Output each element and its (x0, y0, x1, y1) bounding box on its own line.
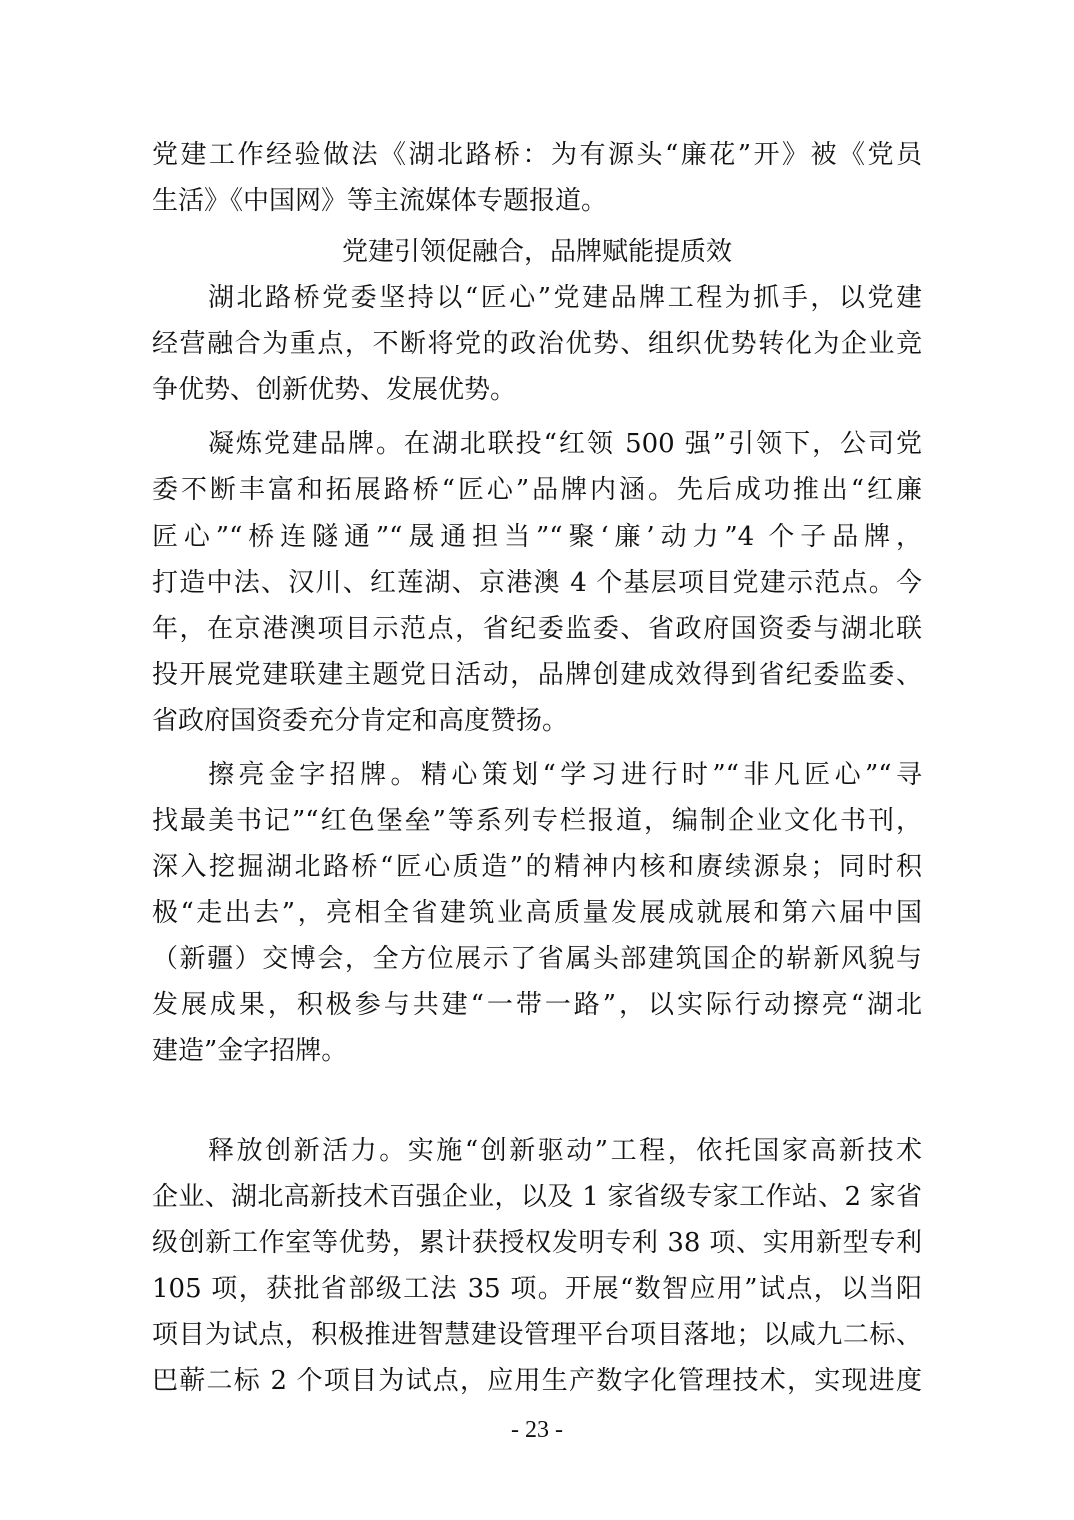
intro-line-1: 党建工作经验做法《湖北路桥：为有源头“廉花”开》被《党员 (152, 132, 922, 178)
page-number: - 23 - (0, 1410, 1074, 1450)
paragraph-4-line-2: 企业、湖北高新技术百强企业，以及 1 家省级专家工作站、2 家省 (152, 1174, 922, 1220)
paragraph-4-line-1: 释放创新活力。实施“创新驱动”工程，依托国家高新技术 (208, 1128, 922, 1174)
paragraph-4-line-4: 105 项，获批省部级工法 35 项。开展“数智应用”试点，以当阳 (152, 1266, 922, 1312)
paragraph-2-line-3: 匠心”“桥连隧通”“晟通担当”“聚‘廉’动力”4 个子品牌， (152, 514, 922, 560)
paragraph-2-line-5: 年，在京港澳项目示范点，省纪委监委、省政府国资委与湖北联 (152, 606, 922, 652)
paragraph-2-line-4: 打造中法、汉川、红莲湖、京港澳 4 个基层项目党建示范点。今 (152, 560, 922, 606)
paragraph-2-line-7: 省政府国资委充分肯定和高度赞扬。 (152, 698, 922, 744)
paragraph-4-line-5: 项目为试点，积极推进智慧建设管理平台项目落地；以咸九二标、 (152, 1312, 922, 1358)
paragraph-3-line-1: 擦亮金字招牌。精心策划“学习进行时”“非凡匠心”“寻 (208, 752, 922, 798)
paragraph-2-line-1: 凝炼党建品牌。在湖北联投“红领 500 强”引领下，公司党 (208, 421, 922, 467)
paragraph-1-line-1: 湖北路桥党委坚持以“匠心”党建品牌工程为抓手，以党建 (208, 275, 922, 321)
document-page: 党建工作经验做法《湖北路桥：为有源头“廉花”开》被《党员 生活》《中国网》等主流… (0, 0, 1074, 1520)
paragraph-3-line-3: 深入挖掘湖北路桥“匠心质造”的精神内核和赓续源泉；同时积 (152, 844, 922, 890)
paragraph-3-line-7: 建造”金字招牌。 (152, 1028, 922, 1074)
paragraph-1-line-3: 争优势、创新优势、发展优势。 (152, 367, 922, 413)
paragraph-1-line-2: 经营融合为重点，不断将党的政治优势、组织优势转化为企业竞 (152, 321, 922, 367)
paragraph-4-line-3: 级创新工作室等优势，累计获授权发明专利 38 项、实用新型专利 (152, 1220, 922, 1266)
paragraph-3-line-5: （新疆）交博会，全方位展示了省属头部建筑国企的崭新风貌与 (152, 936, 922, 982)
paragraph-2-line-6: 投开展党建联建主题党日活动，品牌创建成效得到省纪委监委、 (152, 652, 922, 698)
paragraph-3-line-4: 极“走出去”，亮相全省建筑业高质量发展成就展和第六届中国 (152, 890, 922, 936)
intro-line-2: 生活》《中国网》等主流媒体专题报道。 (152, 178, 922, 224)
paragraph-3-line-6: 发展成果，积极参与共建“一带一路”，以实际行动擦亮“湖北 (152, 982, 922, 1028)
section-heading: 党建引领促融合，品牌赋能提质效 (0, 229, 1074, 275)
paragraph-4-line-6: 巴蕲二标 2 个项目为试点，应用生产数字化管理技术，实现进度 (152, 1358, 922, 1404)
paragraph-2-line-2: 委不断丰富和拓展路桥“匠心”品牌内涵。先后成功推出“红廉 (152, 467, 922, 513)
paragraph-3-line-2: 找最美书记”“红色堡垒”等系列专栏报道，编制企业文化书刊， (152, 798, 922, 844)
